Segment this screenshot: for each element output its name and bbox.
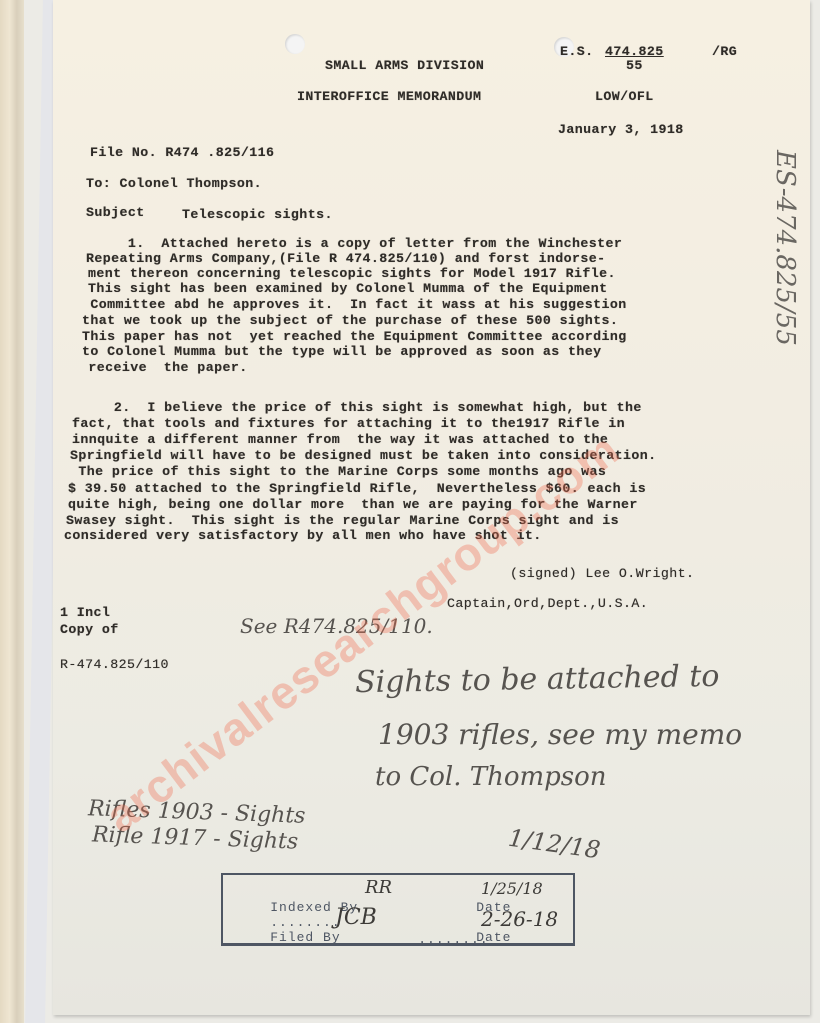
signature-line: (signed) Lee O.Wright. xyxy=(510,566,694,581)
paragraph-line: that we took up the subject of the purch… xyxy=(82,313,618,328)
paragraph-line: to Colonel Mumma but the type will be ap… xyxy=(82,344,602,359)
filed-by-initials: JCB xyxy=(335,905,377,930)
division-title: SMALL ARMS DIVISION xyxy=(325,58,484,73)
paragraph-line: 2. I believe the price of this sight is … xyxy=(72,400,642,415)
enclosure-description: Copy of xyxy=(60,622,119,637)
filed-date-label: Date xyxy=(476,930,511,945)
file-code-number: 474.825 xyxy=(605,44,664,59)
filed-date-value: 2-26-18 xyxy=(481,907,558,931)
indexed-by-initials: RR xyxy=(365,877,392,898)
handwritten-note-line-2: 1903 rifles, see my memo xyxy=(378,718,742,751)
punch-hole-left xyxy=(285,34,305,54)
paragraph-line: Committee abd he approves it. In fact it… xyxy=(82,297,627,312)
paragraph-line: ment thereon concerning telescopic sight… xyxy=(88,266,616,281)
handwritten-note-line-1: Sights to be attached to xyxy=(355,659,720,700)
memo-type-title: INTEROFFICE MEMORANDUM xyxy=(297,89,481,104)
paragraph-line: Repeating Arms Company,(File R 474.825/1… xyxy=(86,251,606,266)
file-code-sub: 55 xyxy=(626,58,643,73)
paragraph-line: innquite a different manner from the way… xyxy=(72,432,608,447)
filing-stamp: Indexed By ........ RR Date 1/25/18 File… xyxy=(221,873,575,946)
paragraph-line: This paper has not yet reached the Equip… xyxy=(82,329,627,344)
paragraph-line: This sight has been examined by Colonel … xyxy=(88,281,608,296)
paragraph-line: fact, that tools and fixtures for attach… xyxy=(72,416,625,431)
paragraph-line: 1. Attached hereto is a copy of letter f… xyxy=(86,236,622,251)
file-code-prefix: E.S. xyxy=(560,44,594,59)
handwritten-note-line-3: to Col. Thompson xyxy=(375,762,607,792)
memo-date: January 3, 1918 xyxy=(558,122,684,137)
file-number: File No. R474 .825/116 xyxy=(90,145,274,160)
filed-by-label: Filed By xyxy=(270,930,340,945)
enclosure-count: 1 Incl xyxy=(60,605,110,620)
enclosure-reference: R-474.825/110 xyxy=(60,657,169,672)
indexed-date-value: 1/25/18 xyxy=(481,879,543,898)
recipient-line: To: Colonel Thompson. xyxy=(86,176,262,191)
underlying-page-edge xyxy=(0,0,24,1023)
subject-label: Subject xyxy=(86,205,145,220)
signer-title: Captain,Ord,Dept.,U.S.A. xyxy=(447,596,648,611)
routing-code: LOW/OFL xyxy=(595,89,654,104)
paragraph-line: receive the paper. xyxy=(80,360,248,375)
subject-value: Telescopic sights. xyxy=(182,207,333,222)
file-code-suffix: /RG xyxy=(712,44,737,59)
